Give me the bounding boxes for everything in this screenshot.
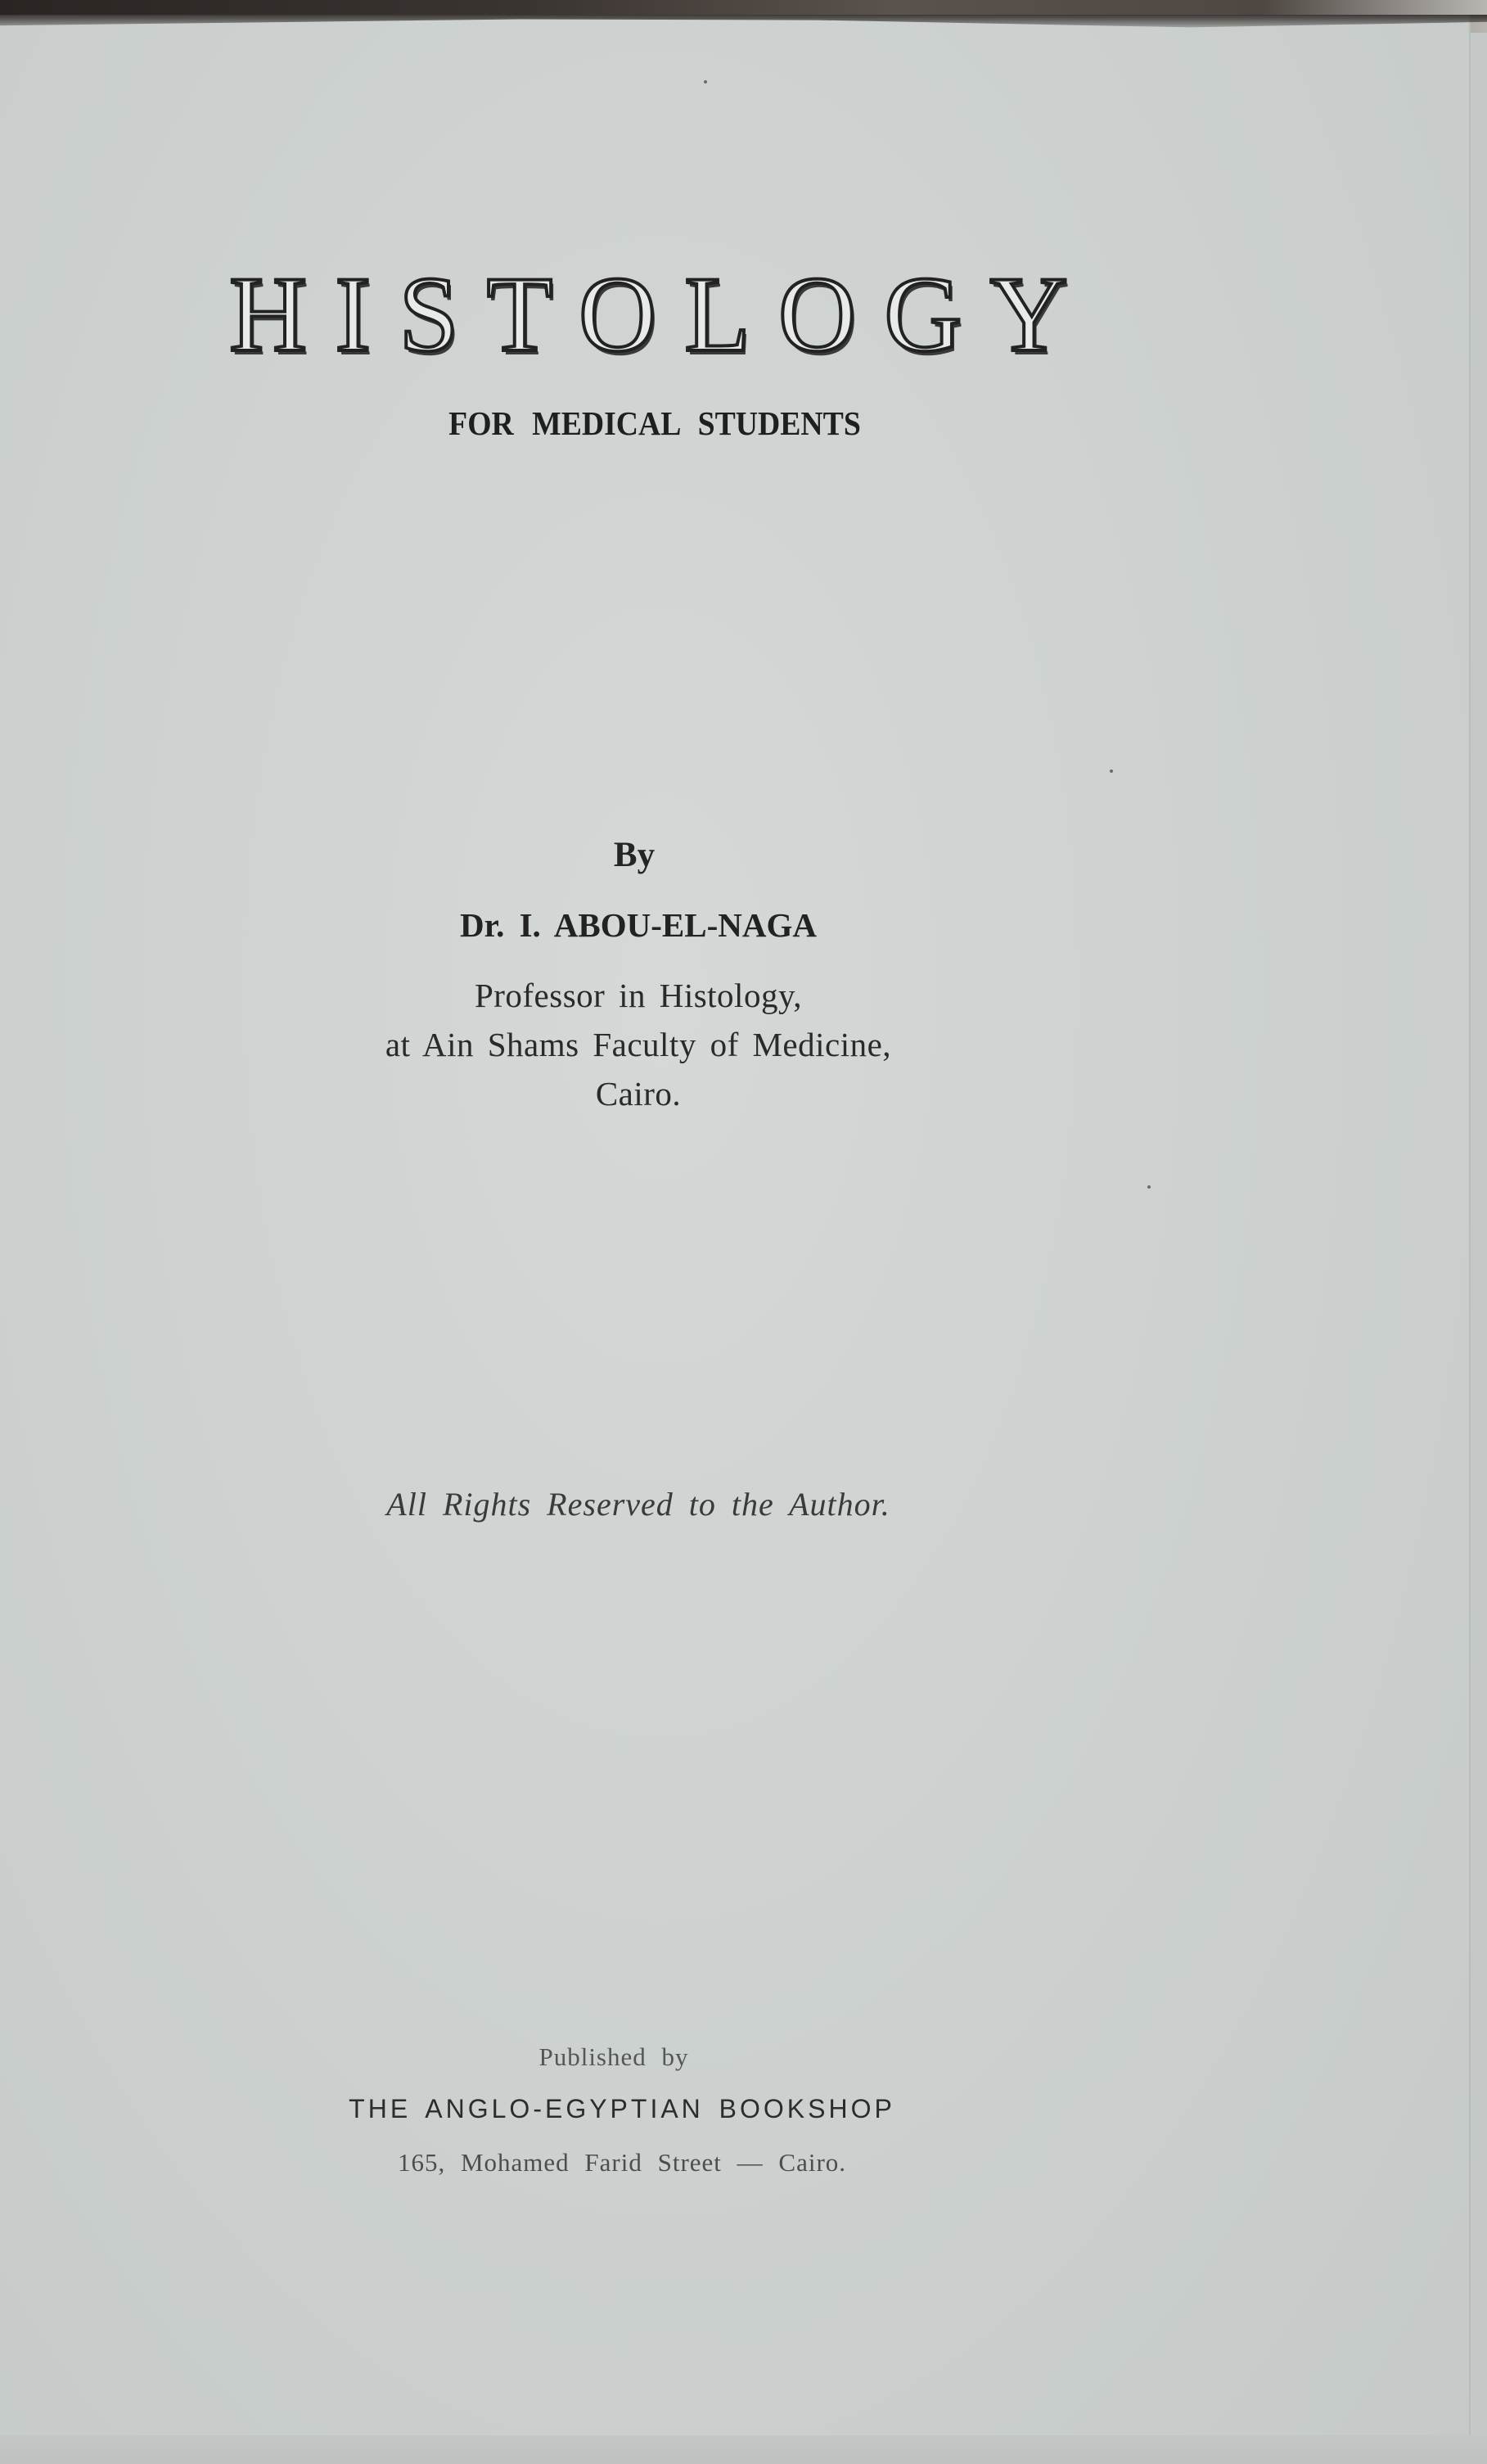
author-affiliation-line: Cairo. [246, 1074, 1031, 1113]
author-affiliation-line: at Ain Shams Faculty of Medicine, [246, 1025, 1031, 1064]
publisher-name: THE ANGLO-EGYPTIAN BOOKSHOP [295, 2094, 949, 2124]
paper-speck [1110, 769, 1113, 773]
paper-speck [704, 80, 707, 83]
rights-notice: All Rights Reserved to the Author. [278, 1485, 998, 1523]
published-by-label: Published by [450, 2042, 777, 2072]
paper-speck [1147, 1185, 1151, 1189]
publisher-address: 165, Mohamed Farid Street — Cairo. [311, 2148, 933, 2177]
author-name: Dr. I. ABOU-EL-NAGA [327, 905, 949, 945]
book-page [0, 15, 1469, 2442]
by-label: By [491, 835, 777, 875]
page-bottom-edge [0, 2435, 1487, 2464]
author-affiliation-line: Professor in Histology, [246, 976, 1031, 1015]
book-title: HISTOLOGY [229, 260, 1064, 368]
book-subtitle: FOR MEDICAL STUDENTS [354, 404, 956, 443]
